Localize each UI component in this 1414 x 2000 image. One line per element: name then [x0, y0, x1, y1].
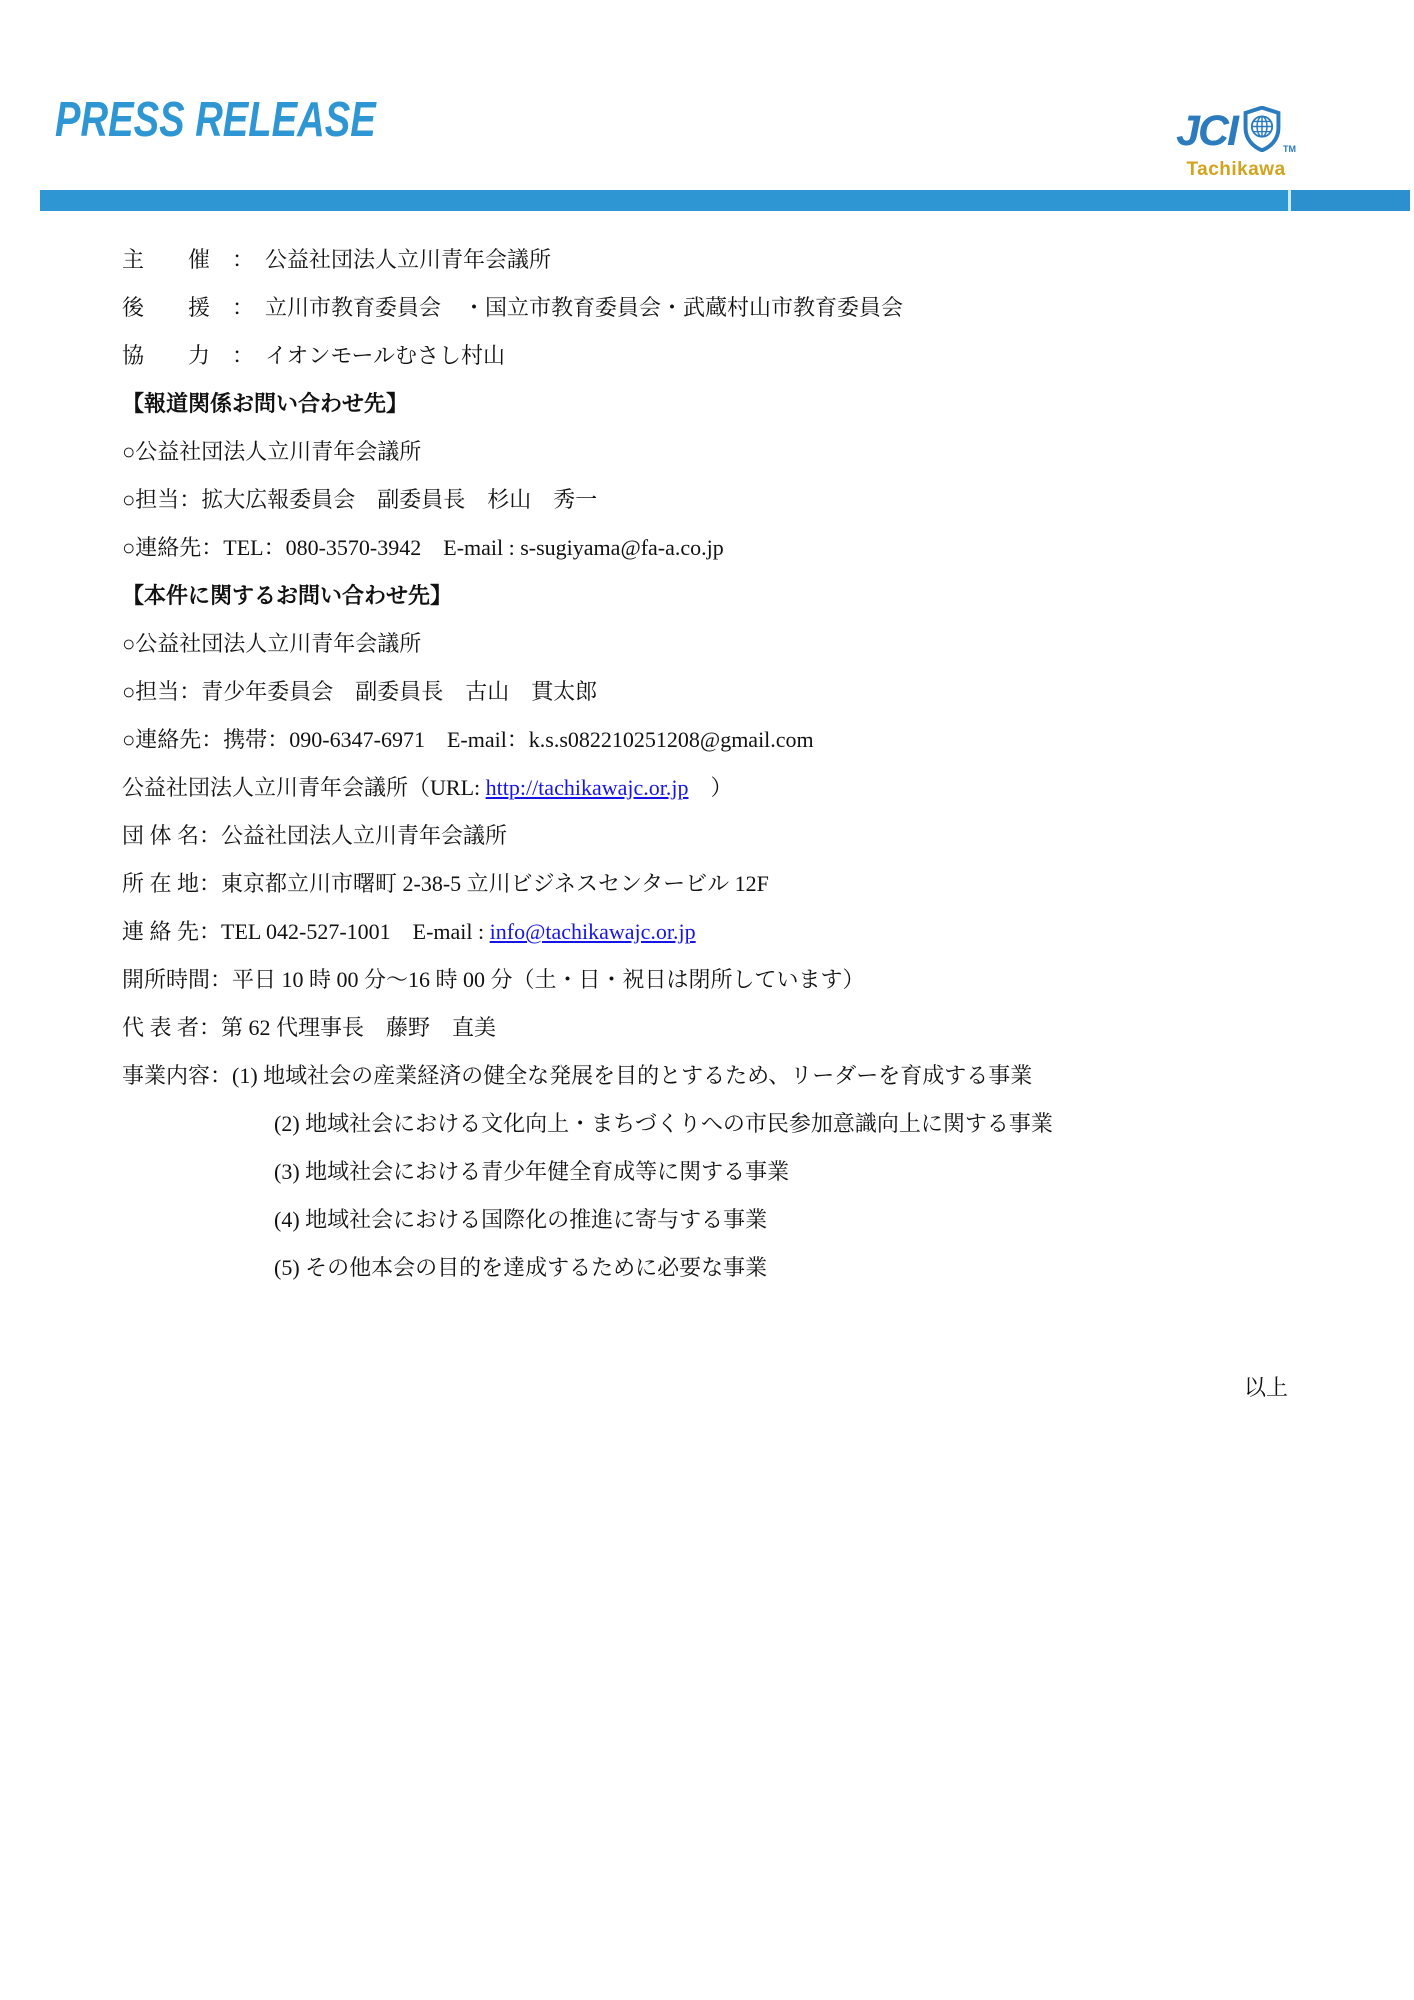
- org-business-item-5: (5) その他本会の目的を達成するために必要な事業: [122, 1244, 1354, 1292]
- org-contact-tel: TEL 042-527-1001 E-mail :: [221, 919, 490, 944]
- org-hours-value: 平日 10 時 00 分～16 時 00 分（土・日・祝日は閉所しています）: [232, 967, 865, 992]
- trademark-symbol: TM: [1283, 144, 1296, 154]
- document-body: 主 催 ： 公益社団法人立川青年会議所 後 援 ： 立川市教育委員会 ・国立市教…: [122, 236, 1354, 1412]
- org-business-item-1: (1) 地域社会の産業経済の健全な発展を目的とするため、リーダーを育成する事業: [232, 1063, 1032, 1088]
- organizer-row: 主 催 ： 公益社団法人立川青年会議所: [122, 236, 1354, 284]
- press-contact-org: ○公益社団法人立川青年会議所: [122, 428, 1354, 476]
- org-business-item-2: (2) 地域社会における文化向上・まちづくりへの市民参加意識向上に関する事業: [122, 1100, 1354, 1148]
- org-address-value: 東京都立川市曙町 2-38-5 立川ビジネスセンタービル 12F: [221, 871, 769, 896]
- org-representative-value: 第 62 代理事長 藤野 直美: [221, 1015, 496, 1040]
- jci-logo-text: JCI: [1176, 110, 1237, 153]
- org-hours-label: 開所時間：: [122, 967, 232, 992]
- accent-bar: [40, 190, 1410, 211]
- press-release-page: PRESS RELEASE JCI TM Tachikawa 主: [0, 0, 1414, 2000]
- org-business-item-4: (4) 地域社会における国際化の推進に寄与する事業: [122, 1196, 1354, 1244]
- matter-contact-tel-email: ○連絡先：携帯：090-6347-6971 E-mail：k.s.s082210…: [122, 716, 1354, 764]
- supporter-label: 後 援 ：: [122, 295, 265, 320]
- org-business-label: 事業内容：: [122, 1063, 232, 1088]
- matter-contact-org: ○公益社団法人立川青年会議所: [122, 620, 1354, 668]
- cooperation-value: イオンモールむさし村山: [265, 343, 505, 368]
- logo-subtitle: Tachikawa: [1176, 159, 1296, 181]
- org-intro-suffix: ）: [688, 775, 732, 800]
- org-business-row: 事業内容：(1) 地域社会の産業経済の健全な発展を目的とするため、リーダーを育成…: [122, 1052, 1354, 1100]
- closing-statement: 以上: [122, 1364, 1354, 1412]
- org-contact-row: 連 絡 先：TEL 042-527-1001 E-mail : info@tac…: [122, 908, 1354, 956]
- supporter-row: 後 援 ： 立川市教育委員会 ・国立市教育委員会・武蔵村山市教育委員会: [122, 284, 1354, 332]
- org-representative-label: 代 表 者：: [122, 1015, 221, 1040]
- accent-bar-right-segment: [1291, 190, 1410, 211]
- org-name-row: 団 体 名：公益社団法人立川青年会議所: [122, 812, 1354, 860]
- accent-bar-seam: [1288, 190, 1291, 211]
- org-intro-line: 公益社団法人立川青年会議所（URL: http://tachikawajc.or…: [122, 764, 1354, 812]
- org-hours-row: 開所時間：平日 10 時 00 分～16 時 00 分（土・日・祝日は閉所してい…: [122, 956, 1354, 1004]
- org-address-row: 所 在 地：東京都立川市曙町 2-38-5 立川ビジネスセンタービル 12F: [122, 860, 1354, 908]
- org-name-value: 公益社団法人立川青年会議所: [221, 823, 507, 848]
- organizer-value: 公益社団法人立川青年会議所: [265, 247, 551, 272]
- org-email-link[interactable]: info@tachikawajc.or.jp: [490, 919, 696, 944]
- org-address-label: 所 在 地：: [122, 871, 221, 896]
- jci-tachikawa-logo: JCI TM Tachikawa: [1176, 106, 1296, 181]
- organizer-label: 主 催 ：: [122, 247, 265, 272]
- org-website-link[interactable]: http://tachikawajc.or.jp: [486, 775, 689, 800]
- org-business-item-3: (3) 地域社会における青少年健全育成等に関する事業: [122, 1148, 1354, 1196]
- cooperation-label: 協 力 ：: [122, 343, 265, 368]
- supporter-value: 立川市教育委員会 ・国立市教育委員会・武蔵村山市教育委員会: [265, 295, 903, 320]
- jci-shield-icon: [1242, 106, 1282, 157]
- matter-contact-heading: 【本件に関するお問い合わせ先】: [122, 572, 1354, 620]
- matter-contact-person: ○担当：青少年委員会 副委員長 古山 貫太郎: [122, 668, 1354, 716]
- org-intro-prefix: 公益社団法人立川青年会議所（URL:: [122, 775, 486, 800]
- org-representative-row: 代 表 者：第 62 代理事長 藤野 直美: [122, 1004, 1354, 1052]
- press-contact-heading: 【報道関係お問い合わせ先】: [122, 380, 1354, 428]
- press-contact-tel-email: ○連絡先：TEL：080-3570-3942 E-mail : s-sugiya…: [122, 524, 1354, 572]
- press-contact-person: ○担当：拡大広報委員会 副委員長 杉山 秀一: [122, 476, 1354, 524]
- cooperation-row: 協 力 ： イオンモールむさし村山: [122, 332, 1354, 380]
- page-title: PRESS RELEASE: [55, 92, 376, 148]
- org-name-label: 団 体 名：: [122, 823, 221, 848]
- org-contact-label: 連 絡 先：: [122, 919, 221, 944]
